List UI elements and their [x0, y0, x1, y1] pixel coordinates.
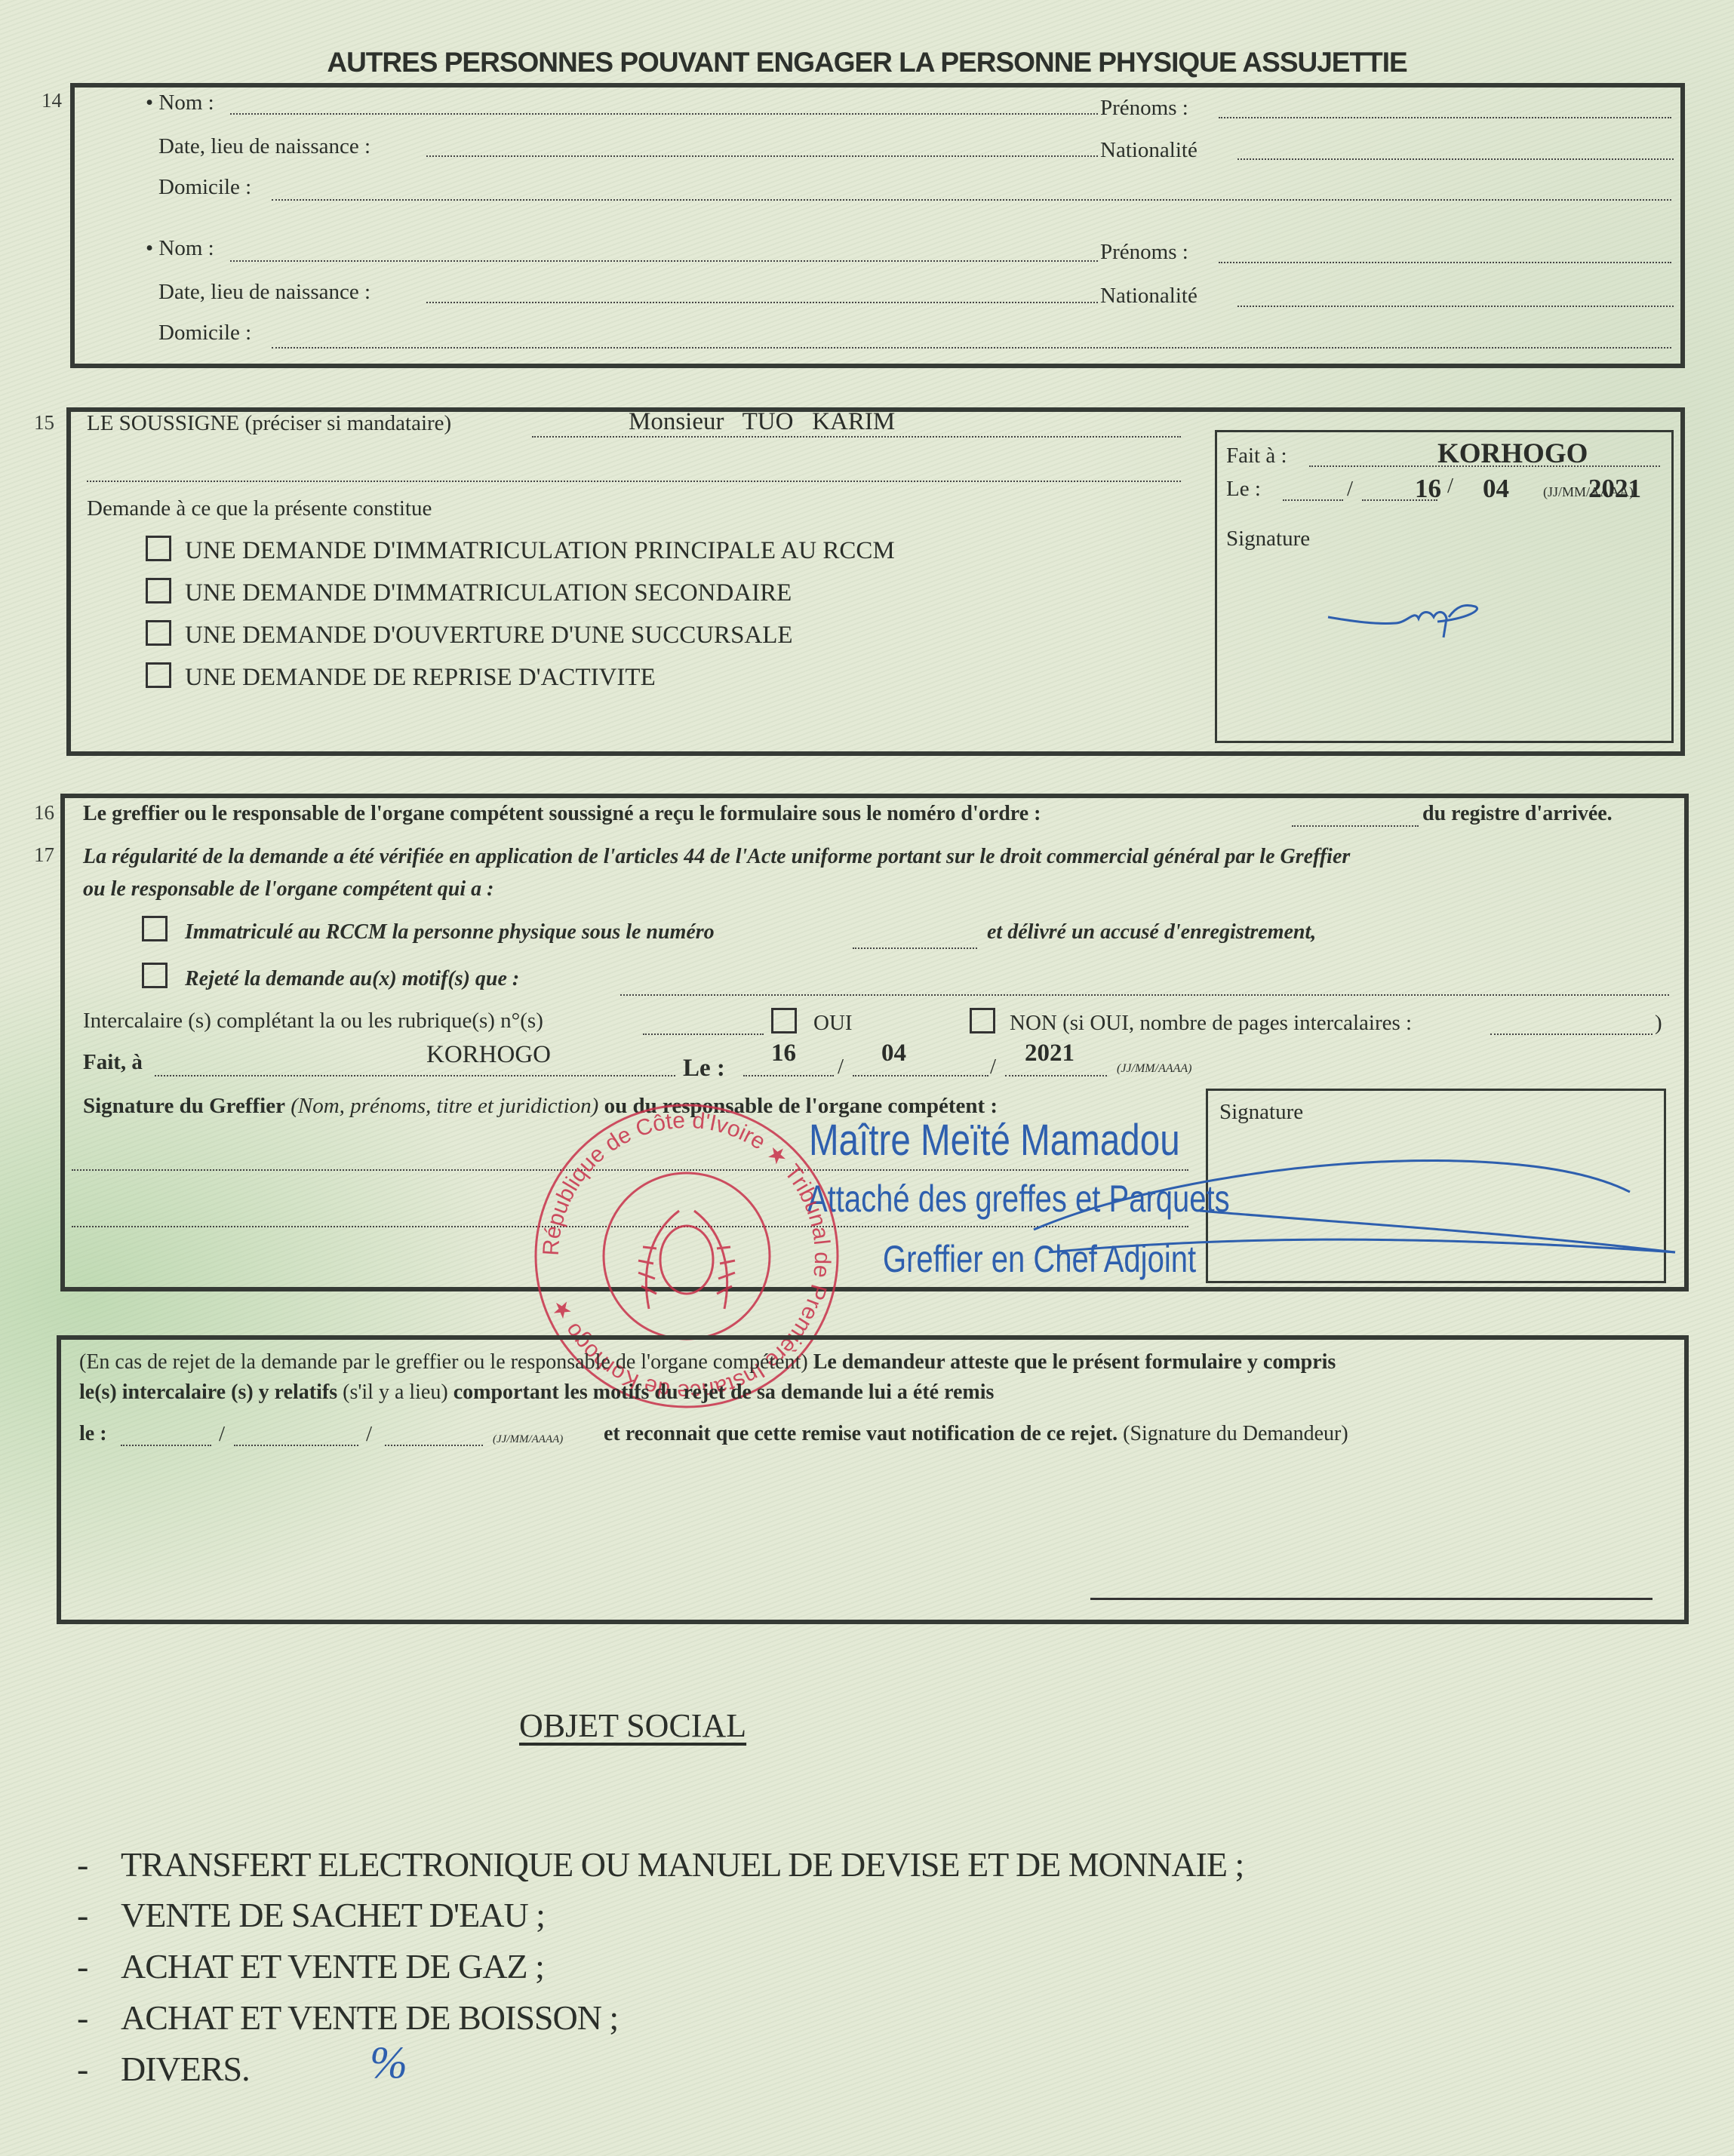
immatricule-label: Immatriculé au RCCM la personne physique…: [185, 920, 715, 944]
domicile-field-1[interactable]: [272, 199, 1671, 201]
rejet-line-3: et reconnait que cette remise vaut notif…: [604, 1422, 1348, 1446]
rejet-le-label: le :: [79, 1422, 107, 1446]
date-year-value: 2021: [1588, 474, 1641, 504]
greffier-signature-label: Signature: [1219, 1100, 1303, 1125]
date-month-field-17[interactable]: [853, 1075, 988, 1076]
nom-field-1[interactable]: [230, 113, 1098, 115]
option-label: UNE DEMANDE DE REPRISE D'ACTIVITE: [185, 664, 656, 692]
objet-item: -DIVERS.: [121, 2049, 250, 2089]
rejete-label: Rejeté la demande au(x) motif(s) que :: [185, 967, 519, 991]
objet-item: -ACHAT ET VENTE DE GAZ ;: [121, 1946, 544, 1986]
prenoms-field-2[interactable]: [1219, 262, 1671, 263]
oui-label: OUI: [813, 1011, 853, 1036]
fait-a-value: KORHOGO: [1437, 438, 1588, 470]
objet-social-title: OBJET SOCIAL: [519, 1706, 746, 1745]
date-day-field[interactable]: [1283, 499, 1343, 501]
rejet-date-format-hint: (JJ/MM/AAAA): [493, 1433, 563, 1446]
naissance-field-1[interactable]: [426, 155, 1098, 157]
rejet-text-part1: (En cas de rejet de la demande par le gr…: [79, 1350, 808, 1374]
nationalite-label-1: Nationalité: [1100, 138, 1198, 163]
naissance-label-2: Date, lieu de naissance :: [158, 280, 370, 305]
signature-label: Signature: [1226, 527, 1310, 551]
rejet-text-part2: Le demandeur atteste que le présent form…: [813, 1350, 1336, 1374]
pages-intercalaires-field[interactable]: [1490, 1033, 1653, 1035]
handwritten-signature-icon: [1324, 596, 1490, 649]
rejet-date-year-field[interactable]: [385, 1445, 483, 1446]
soussigne-value: Monsieur TUO KARIM: [629, 408, 895, 436]
date-month-value-17: 04: [881, 1040, 906, 1067]
section-16-text-end: du registre d'arrivée.: [1422, 802, 1613, 826]
date-separator: /: [1447, 474, 1453, 499]
rejet-date-month-field[interactable]: [234, 1445, 358, 1446]
intercalaire-label: Intercalaire (s) complétant la ou les ru…: [83, 1009, 543, 1033]
rejet-line2b: (s'il y a lieu): [343, 1381, 448, 1404]
greffier-signature-stroke-icon: [1026, 1139, 1690, 1260]
soussigne-field-line2[interactable]: [87, 481, 1181, 482]
fait-a-label-17: Fait, à: [83, 1050, 143, 1075]
demandeur-signature-line[interactable]: [1090, 1598, 1653, 1600]
le-label: Le :: [1226, 477, 1261, 502]
date-year-field-17[interactable]: [1005, 1075, 1107, 1076]
nom-field-2[interactable]: [230, 260, 1098, 262]
rejet-line2c: comportant les motifs du rejet de sa dem…: [453, 1381, 995, 1404]
rejet-line2a: le(s) intercalaire (s) y relatifs: [79, 1381, 337, 1404]
fait-a-value-17: KORHOGO: [426, 1041, 551, 1069]
nom-label-1: • Nom :: [146, 91, 214, 115]
option-label: UNE DEMANDE D'IMMATRICULATION SECONDAIRE: [185, 579, 792, 607]
nom-label-2: • Nom :: [146, 236, 214, 261]
rejet-line-1: (En cas de rejet de la demande par le gr…: [79, 1350, 1336, 1374]
domicile-label-2: Domicile :: [158, 321, 251, 346]
section-17-text-line1: La régularité de la demande a été vérifi…: [83, 845, 1350, 869]
option-checkbox-reprise-activite[interactable]: [146, 662, 171, 688]
date-day-value-17: 16: [771, 1040, 796, 1067]
section-17-text-line2: ou le responsable de l'organe compétent …: [83, 877, 493, 901]
soussigne-label: LE SOUSSIGNE (préciser si mandataire): [87, 411, 451, 436]
section-16-text: Le greffier ou le responsable de l'organ…: [83, 802, 1041, 826]
nationalite-field-1[interactable]: [1237, 158, 1674, 160]
date-separator: /: [219, 1422, 225, 1447]
prenoms-field-1[interactable]: [1219, 117, 1671, 118]
le-label-17: Le :: [683, 1055, 725, 1083]
signature-greffier-label: Signature du Greffier: [83, 1094, 285, 1118]
section-number-17: 17: [34, 843, 54, 867]
non-checkbox[interactable]: [970, 1008, 995, 1033]
date-separator: /: [366, 1422, 372, 1447]
objet-item: -VENTE DE SACHET D'EAU ;: [121, 1895, 545, 1935]
rejete-checkbox[interactable]: [142, 963, 168, 988]
immatricule-end: et délivré un accusé d'enregistrement,: [987, 920, 1316, 944]
date-month-value: 04: [1483, 474, 1509, 504]
rejete-motif-field[interactable]: [620, 994, 1669, 996]
domicile-label-1: Domicile :: [158, 175, 251, 200]
demande-label: Demande à ce que la présente constitue: [87, 496, 432, 521]
option-checkbox-ouverture-succursale[interactable]: [146, 620, 171, 646]
option-checkbox-immatriculation-principale[interactable]: [146, 536, 171, 561]
prenoms-label-2: Prénoms :: [1100, 240, 1188, 265]
domicile-field-2[interactable]: [272, 347, 1671, 349]
date-separator: /: [838, 1055, 844, 1080]
immatricule-number-field[interactable]: [853, 947, 977, 949]
section-14-box: [70, 83, 1685, 368]
non-label: NON (si OUI, nombre de pages intercalair…: [1010, 1011, 1412, 1036]
prenoms-label-1: Prénoms :: [1100, 96, 1188, 121]
option-checkbox-immatriculation-secondaire[interactable]: [146, 578, 171, 603]
rejet-line3-end: (Signature du Demandeur): [1123, 1422, 1348, 1445]
naissance-field-2[interactable]: [426, 302, 1098, 303]
handwritten-mark: %: [370, 2037, 407, 2089]
section-number-14: 14: [42, 89, 62, 112]
ordre-field[interactable]: [1292, 825, 1419, 827]
rejet-line-2: le(s) intercalaire (s) y relatifs (s'il …: [79, 1381, 994, 1405]
close-paren: ): [1655, 1011, 1662, 1036]
fait-a-field-17[interactable]: [155, 1075, 675, 1076]
page-title: AUTRES PERSONNES POUVANT ENGAGER LA PERS…: [0, 47, 1734, 78]
fait-a-label: Fait à :: [1226, 444, 1287, 468]
objet-item: -TRANSFERT ELECTRONIQUE OU MANUEL DE DEV…: [121, 1844, 1244, 1884]
option-label: UNE DEMANDE D'OUVERTURE D'UNE SUCCURSALE: [185, 622, 793, 650]
naissance-label-1: Date, lieu de naissance :: [158, 134, 370, 159]
oui-checkbox[interactable]: [771, 1008, 797, 1033]
immatricule-checkbox[interactable]: [142, 916, 168, 941]
date-day-value: 16: [1415, 474, 1441, 504]
soussigne-field[interactable]: [532, 436, 1181, 438]
date-separator: /: [1347, 477, 1353, 502]
date-day-field-17[interactable]: [743, 1075, 834, 1076]
date-year-value-17: 2021: [1025, 1040, 1075, 1067]
intercalaire-field[interactable]: [643, 1033, 764, 1035]
option-label: UNE DEMANDE D'IMMATRICULATION PRINCIPALE…: [185, 537, 895, 565]
section-number-16: 16: [34, 801, 54, 825]
rejet-line3: et reconnait que cette remise vaut notif…: [604, 1422, 1118, 1445]
date-separator: /: [990, 1055, 996, 1080]
rejet-box: [57, 1335, 1689, 1624]
rejet-date-day-field[interactable]: [121, 1445, 211, 1446]
nationalite-label-2: Nationalité: [1100, 284, 1198, 309]
nationalite-field-2[interactable]: [1237, 306, 1674, 307]
section-number-15: 15: [34, 411, 54, 435]
date-format-hint-17: (JJ/MM/AAAA): [1117, 1062, 1192, 1076]
objet-item: -ACHAT ET VENTE DE BOISSON ;: [121, 1998, 618, 2038]
